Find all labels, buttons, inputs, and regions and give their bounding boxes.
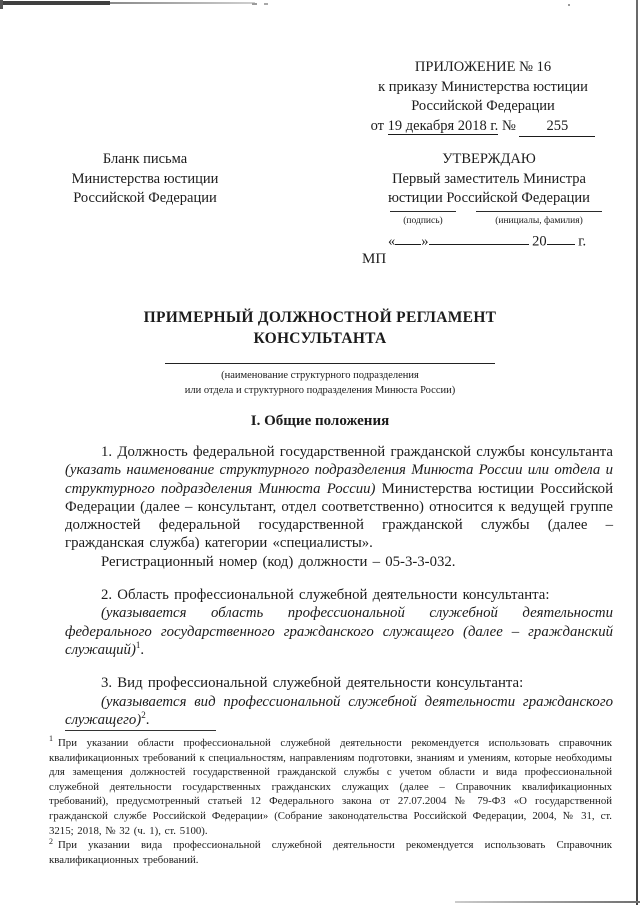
century-digits: 20 [532,233,547,249]
title-caption-line-2: или отдела и структурного подразделения … [100,383,540,398]
approval-block: УТВЕРЖДАЮ Первый заместитель Министра юс… [366,150,612,209]
footnote-2: 2При указании вида профессиональной служ… [49,838,612,867]
appendix-org-line: Российской Федерации [352,97,614,117]
paragraph-3-note: (указывается вид профессиональной служеб… [65,693,613,730]
date-fill-line: «» 20 г. [388,233,586,250]
paragraph-reg-number: Регистрационный номер (код) должности – … [65,553,613,571]
document-title-line-1: ПРИМЕРНЫЙ ДОЛЖНОСТНОЙ РЕГЛАМЕНТ [0,307,640,328]
appendix-date-line: от 19 декабря 2018 г. № 255 [352,117,614,138]
title-caption-rule [165,363,495,364]
appendix-order-line: к приказу Министерства юстиции [352,78,614,98]
scan-artifact-dash [264,3,268,5]
name-line [476,211,602,212]
footnote-1-text: При указании области профессиональной сл… [49,737,612,837]
document-title-line-2: КОНСУЛЬТАНТА [0,328,640,349]
title-caption-line-1: (наименование структурного подразделения [100,368,540,383]
footnote-2-text: При указании вида профессиональной служе… [49,839,612,866]
appendix-header: ПРИЛОЖЕНИЕ № 16 к приказу Министерства ю… [352,58,614,137]
document-page: ПРИЛОЖЕНИЕ № 16 к приказу Министерства ю… [0,0,640,905]
paragraph-2-heading: 2. Область профессиональной служебной де… [65,586,613,604]
appendix-number-line: ПРИЛОЖЕНИЕ № 16 [352,58,614,78]
signature-line [390,211,456,212]
section-body: 1. Должность федеральной государственной… [65,443,613,729]
day-fill [395,233,421,245]
scan-artifact-bottom-edge [455,901,640,903]
seal-mark: МП [362,251,386,268]
scan-artifact-top-line [0,1,110,5]
close-quote: » [421,233,428,249]
month-fill [429,233,529,245]
letterhead-line-2: Министерства юстиции [52,170,238,190]
letterhead-line-1: Бланк письма [52,150,238,170]
letterhead-block: Бланк письма Министерства юстиции Россий… [52,150,238,209]
approval-line-1: Первый заместитель Министра [366,170,612,190]
scan-artifact-dash [252,3,257,5]
appendix-date-underlined: 19 декабря 2018 г. [388,118,499,135]
scan-artifact-top-line-fade [110,2,255,4]
approval-line-2: юстиции Российской Федерации [366,189,612,209]
scan-artifact-dot [568,4,570,6]
footnote-1-marker: 1 [49,734,53,743]
approval-title: УТВЕРЖДАЮ [366,150,612,170]
signature-caption: (подпись) [383,215,463,227]
name-caption: (инициалы, фамилия) [466,215,612,227]
number-sign: № [502,118,516,134]
open-quote: « [388,233,395,249]
footnote-2-marker: 2 [49,837,53,846]
paragraph-3-heading: 3. Вид профессиональной служебной деятел… [65,674,613,692]
footnotes-block: 1При указании области профессиональной с… [49,736,612,867]
scan-artifact-corner-tick [0,0,3,9]
letterhead-line-3: Российской Федерации [52,189,238,209]
date-prefix: от [371,118,384,134]
paragraph-1: 1. Должность федеральной государственной… [65,443,613,553]
appendix-number-underlined: 255 [519,117,595,138]
paragraph-2-note: (указывается область профессиональной сл… [65,604,613,659]
year-fill [547,233,575,245]
scan-artifact-right-edge [636,0,638,905]
section-heading: I. Общие положения [0,413,640,430]
year-suffix: г. [578,233,586,249]
footnote-1: 1При указании области профессиональной с… [49,736,612,838]
footnote-separator [65,730,216,731]
document-title: ПРИМЕРНЫЙ ДОЛЖНОСТНОЙ РЕГЛАМЕНТ КОНСУЛЬТ… [0,307,640,349]
title-caption: (наименование структурного подразделения… [100,368,540,398]
